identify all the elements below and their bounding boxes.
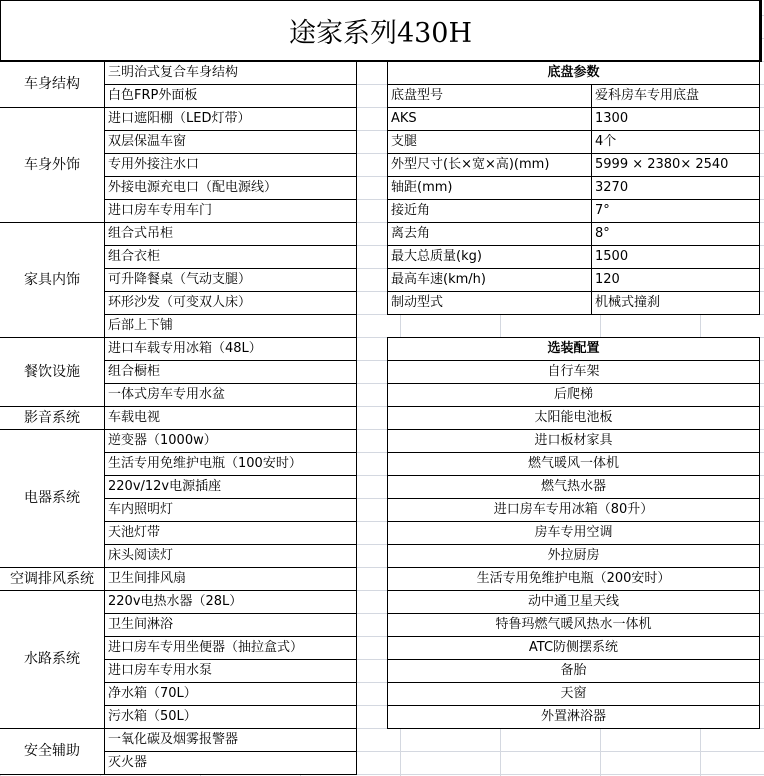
category-label: 影音系统 — [24, 408, 80, 429]
optional-item[interactable]: 天窗 — [387, 682, 760, 706]
category-label: 家具内饰 — [24, 270, 80, 291]
optional-header[interactable]: 选装配置 — [387, 337, 760, 361]
optional-item[interactable]: 外拉厨房 — [387, 544, 760, 568]
feature-cell[interactable]: 环形沙发（可变双人床） — [104, 291, 357, 315]
optional-item[interactable]: 自行车架 — [387, 360, 760, 384]
chassis-param-value[interactable]: 5999 × 2380× 2540 — [591, 153, 760, 177]
optional-item[interactable]: 外置淋浴器 — [387, 705, 760, 729]
chassis-param-label[interactable]: 轴距(mm) — [387, 176, 592, 200]
feature-cell[interactable]: 卫生间淋浴 — [104, 613, 357, 637]
optional-item[interactable]: 特鲁玛燃气暖风热水一体机 — [387, 613, 760, 637]
feature-cell[interactable]: 220v电热水器（28L） — [104, 590, 357, 614]
optional-item[interactable]: 后爬梯 — [387, 383, 760, 407]
feature-cell[interactable]: 天池灯带 — [104, 521, 357, 545]
category-label: 车身外饰 — [24, 155, 80, 176]
chassis-param-label[interactable]: AKS — [387, 107, 592, 131]
chassis-param-label[interactable]: 最大总质量(kg) — [387, 245, 592, 269]
sheet-title[interactable]: 途家系列430H — [0, 0, 761, 62]
feature-cell[interactable]: 床头阅读灯 — [104, 544, 357, 568]
category-label: 电器系统 — [24, 488, 80, 509]
feature-cell[interactable]: 可升降餐桌（气动支腿） — [104, 268, 357, 292]
category-label: 空调排风系统 — [10, 569, 94, 590]
feature-cell[interactable]: 组合式吊柜 — [104, 222, 357, 246]
feature-cell[interactable]: 后部上下铺 — [104, 314, 357, 338]
feature-cell[interactable]: 逆变器（1000w） — [104, 429, 357, 453]
optional-item[interactable]: 燃气暖风一体机 — [387, 452, 760, 476]
title-text: 途家系列430H — [289, 11, 472, 50]
optional-item[interactable]: 生活专用免维护电瓶（200安时） — [387, 567, 760, 591]
feature-cell[interactable]: 组合衣柜 — [104, 245, 357, 269]
feature-cell[interactable]: 一氧化碳及烟雾报警器 — [104, 728, 357, 752]
chassis-param-value[interactable]: 爱科房车专用底盘 — [591, 84, 760, 108]
optional-item[interactable]: 太阳能电池板 — [387, 406, 760, 430]
feature-cell[interactable]: 进口遮阳棚（LED灯带） — [104, 107, 357, 131]
category-label: 安全辅助 — [24, 741, 80, 762]
chassis-param-value[interactable]: 1300 — [591, 107, 760, 131]
category-cell[interactable]: 车身结构 — [0, 61, 105, 108]
feature-cell[interactable]: 专用外接注水口 — [104, 153, 357, 177]
chassis-param-label[interactable]: 支腿 — [387, 130, 592, 154]
feature-cell[interactable]: 卫生间排风扇 — [104, 567, 357, 591]
chassis-param-label[interactable]: 接近角 — [387, 199, 592, 223]
feature-cell[interactable]: 进口房车专用水泵 — [104, 659, 357, 683]
chassis-param-value[interactable]: 120 — [591, 268, 760, 292]
feature-cell[interactable]: 组合橱柜 — [104, 360, 357, 384]
category-cell[interactable]: 电器系统 — [0, 429, 105, 568]
feature-cell[interactable]: 进口车载专用冰箱（48L） — [104, 337, 357, 361]
category-cell[interactable]: 水路系统 — [0, 590, 105, 729]
feature-cell[interactable]: 一体式房车专用水盆 — [104, 383, 357, 407]
feature-cell[interactable]: 220v/12v电源插座 — [104, 475, 357, 499]
feature-cell[interactable]: 污水箱（50L） — [104, 705, 357, 729]
feature-cell[interactable]: 进口房车专用车门 — [104, 199, 357, 223]
optional-item[interactable]: 进口板材家具 — [387, 429, 760, 453]
category-cell[interactable]: 空调排风系统 — [0, 567, 105, 591]
feature-cell[interactable]: 白色FRP外面板 — [104, 84, 357, 108]
chassis-param-value[interactable]: 机械式撞刹 — [591, 291, 760, 315]
category-label: 餐饮设施 — [24, 362, 80, 383]
optional-item[interactable]: 燃气热水器 — [387, 475, 760, 499]
feature-cell[interactable]: 净水箱（70L） — [104, 682, 357, 706]
category-cell[interactable]: 影音系统 — [0, 406, 105, 430]
selection-border — [759, 0, 762, 62]
category-cell[interactable]: 车身外饰 — [0, 107, 105, 223]
category-cell[interactable]: 家具内饰 — [0, 222, 105, 338]
category-cell[interactable]: 餐饮设施 — [0, 337, 105, 407]
chassis-param-value[interactable]: 1500 — [591, 245, 760, 269]
chassis-param-value[interactable]: 3270 — [591, 176, 760, 200]
feature-cell[interactable]: 生活专用免维护电瓶（100安时） — [104, 452, 357, 476]
chassis-param-label[interactable]: 离去角 — [387, 222, 592, 246]
feature-cell[interactable]: 三明治式复合车身结构 — [104, 61, 357, 85]
chassis-param-value[interactable]: 7° — [591, 199, 760, 223]
chassis-header[interactable]: 底盘参数 — [387, 61, 760, 85]
optional-item[interactable]: 房车专用空调 — [387, 521, 760, 545]
optional-item[interactable]: ATC防侧摆系统 — [387, 636, 760, 660]
category-label: 车身结构 — [24, 74, 80, 95]
chassis-param-label[interactable]: 制动型式 — [387, 291, 592, 315]
category-label: 水路系统 — [24, 649, 80, 670]
chassis-param-value[interactable]: 4个 — [591, 130, 760, 154]
chassis-param-value[interactable]: 8° — [591, 222, 760, 246]
feature-cell[interactable]: 灭火器 — [104, 751, 357, 775]
chassis-param-label[interactable]: 底盘型号 — [387, 84, 592, 108]
optional-item[interactable]: 进口房车专用冰箱（80升） — [387, 498, 760, 522]
feature-cell[interactable]: 车载电视 — [104, 406, 357, 430]
optional-item[interactable]: 动中通卫星天线 — [387, 590, 760, 614]
feature-cell[interactable]: 双层保温车窗 — [104, 130, 357, 154]
feature-cell[interactable]: 车内照明灯 — [104, 498, 357, 522]
category-cell[interactable]: 安全辅助 — [0, 728, 105, 775]
feature-cell[interactable]: 进口房车专用坐便器（抽拉盒式） — [104, 636, 357, 660]
chassis-param-label[interactable]: 最高车速(km/h) — [387, 268, 592, 292]
chassis-param-label[interactable]: 外型尺寸(长×宽×高)(mm) — [387, 153, 592, 177]
optional-item[interactable]: 备胎 — [387, 659, 760, 683]
feature-cell[interactable]: 外接电源充电口（配电源线） — [104, 176, 357, 200]
